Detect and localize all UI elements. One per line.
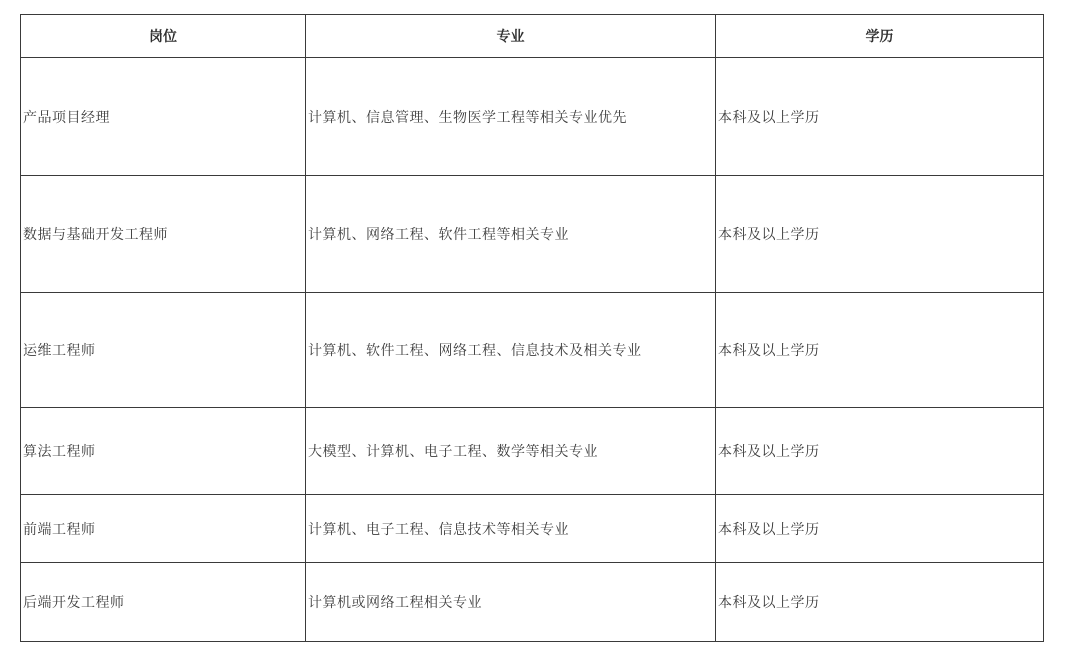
table-row: 数据与基础开发工程师 计算机、网络工程、软件工程等相关专业 本科及以上学历 — [21, 176, 1044, 293]
header-cell-major: 专业 — [306, 15, 716, 58]
cell-position: 运维工程师 — [21, 293, 306, 408]
table-row: 运维工程师 计算机、软件工程、网络工程、信息技术及相关专业 本科及以上学历 — [21, 293, 1044, 408]
cell-education: 本科及以上学历 — [716, 408, 1044, 495]
cell-position: 数据与基础开发工程师 — [21, 176, 306, 293]
cell-education: 本科及以上学历 — [716, 58, 1044, 176]
cell-major: 计算机或网络工程相关专业 — [306, 563, 716, 642]
header-cell-education: 学历 — [716, 15, 1044, 58]
page-background: 岗位 专业 学历 产品项目经理 计算机、信息管理、生物医学工程等相关专业优先 本… — [0, 0, 1084, 667]
cell-education: 本科及以上学历 — [716, 176, 1044, 293]
cell-position: 产品项目经理 — [21, 58, 306, 176]
cell-education: 本科及以上学历 — [716, 293, 1044, 408]
header-cell-position: 岗位 — [21, 15, 306, 58]
cell-position: 前端工程师 — [21, 495, 306, 563]
cell-position: 后端开发工程师 — [21, 563, 306, 642]
table-header-row: 岗位 专业 学历 — [21, 15, 1044, 58]
cell-major: 计算机、软件工程、网络工程、信息技术及相关专业 — [306, 293, 716, 408]
cell-position: 算法工程师 — [21, 408, 306, 495]
table-row: 后端开发工程师 计算机或网络工程相关专业 本科及以上学历 — [21, 563, 1044, 642]
cell-education: 本科及以上学历 — [716, 495, 1044, 563]
cell-major: 大模型、计算机、电子工程、数学等相关专业 — [306, 408, 716, 495]
table-row: 前端工程师 计算机、电子工程、信息技术等相关专业 本科及以上学历 — [21, 495, 1044, 563]
job-positions-table: 岗位 专业 学历 产品项目经理 计算机、信息管理、生物医学工程等相关专业优先 本… — [20, 14, 1044, 642]
table-row: 算法工程师 大模型、计算机、电子工程、数学等相关专业 本科及以上学历 — [21, 408, 1044, 495]
cell-education: 本科及以上学历 — [716, 563, 1044, 642]
cell-major: 计算机、电子工程、信息技术等相关专业 — [306, 495, 716, 563]
cell-major: 计算机、网络工程、软件工程等相关专业 — [306, 176, 716, 293]
table-row: 产品项目经理 计算机、信息管理、生物医学工程等相关专业优先 本科及以上学历 — [21, 58, 1044, 176]
cell-major: 计算机、信息管理、生物医学工程等相关专业优先 — [306, 58, 716, 176]
